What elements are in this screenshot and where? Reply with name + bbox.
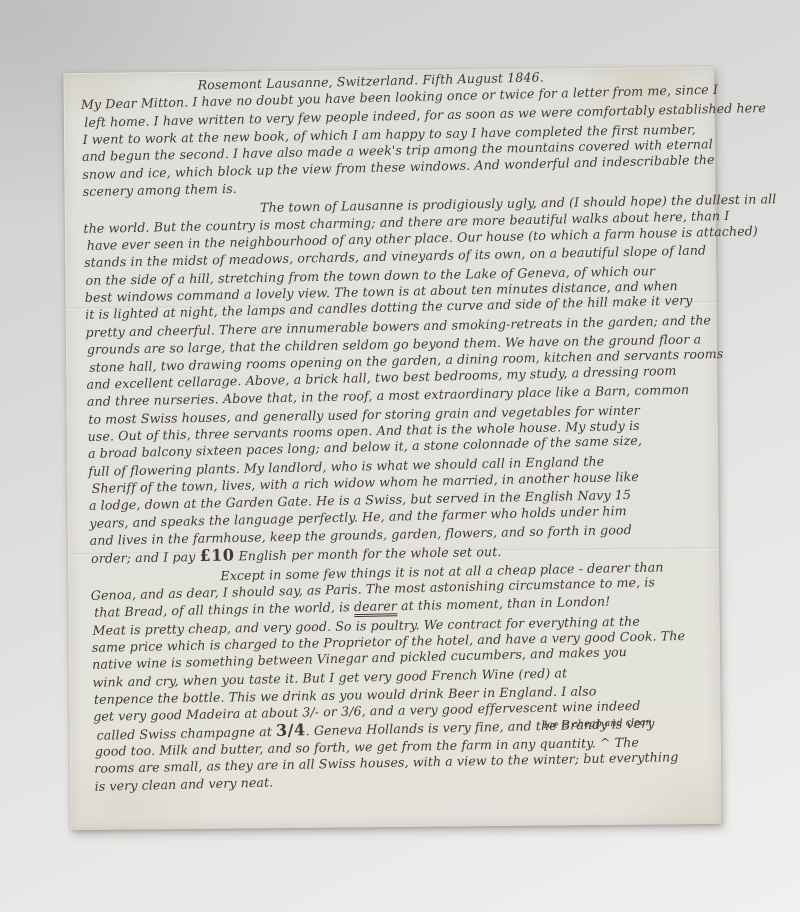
letter-page: Rosemont Lausanne, Switzerland. Fifth Au…: [63, 67, 721, 830]
letter-lines: My Dear Mitton. I have no doubt you have…: [81, 84, 727, 795]
letter-body: Rosemont Lausanne, Switzerland. Fifth Au…: [80, 65, 726, 795]
emphasized-text: 3/4: [276, 720, 306, 740]
scanned-letter-background: Rosemont Lausanne, Switzerland. Fifth Au…: [0, 0, 800, 912]
emphasized-text: £10: [199, 546, 234, 566]
emphasized-text: dearer: [354, 599, 398, 618]
